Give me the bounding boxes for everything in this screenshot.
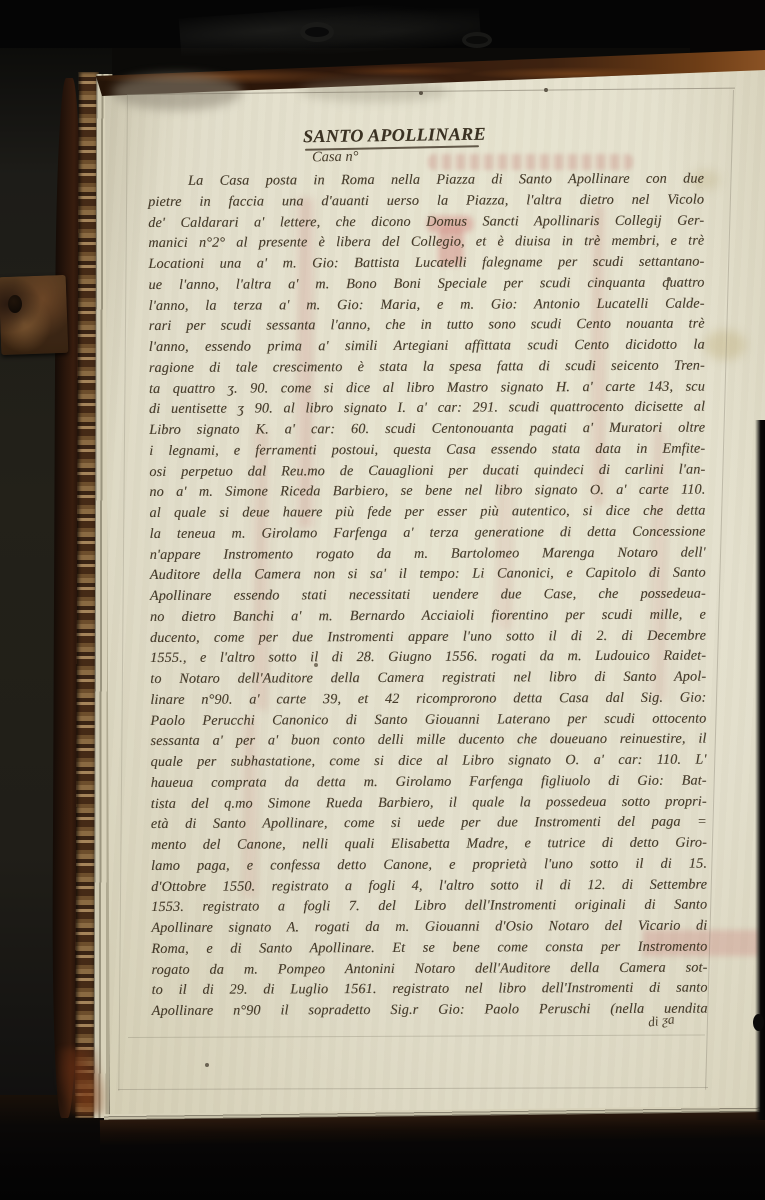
text-line: ue l'anno, l'altra a' m. Bono Boni Speci… <box>148 272 704 295</box>
text-line: Auditore della Camera non si sa' il temp… <box>150 563 706 586</box>
text-line: osi perpetuo dal Reu.mo de Cauaglioni pe… <box>149 459 705 482</box>
text-line: Locationi una a' m. Gio: Battista Lucate… <box>148 252 704 275</box>
text-line: Apollinare n°90 il sopradetto Sig.r Gio:… <box>152 999 708 1022</box>
rust-stain <box>58 1048 106 1114</box>
text-line: la teneua m. Girolamo Farfenga a' terza … <box>150 521 706 544</box>
text-line: l'anno, la terza a' m. Gio: Maria, e m. … <box>149 293 705 316</box>
text-line: ducento, come per due Instromenti appare… <box>150 625 706 648</box>
scanner-knob-icon <box>300 22 334 42</box>
text-line: al quale si deue hauere più fede per ess… <box>149 501 705 524</box>
text-line: Libro signato K. a' car: 60. scudi Cento… <box>149 418 705 441</box>
page-subtitle: Casa n° <box>312 149 359 167</box>
text-line: 1555., e l'altro sotto il di 28. Giugno … <box>150 646 706 669</box>
clasp-stud <box>8 295 22 313</box>
text-line: n'appare Instromento rogato da m. Bartol… <box>150 542 706 565</box>
manuscript-text: La Casa posta in Roma nella Piazza di Sa… <box>148 169 708 1022</box>
text-line: de' Caldarari a' lettere, che dicono Dom… <box>148 210 704 233</box>
edge-dark-spot <box>753 1014 764 1031</box>
bleed-through-marks <box>428 154 633 170</box>
text-line: rogato da m. Pompeo Antonini Notaro dell… <box>151 957 707 980</box>
text-line: pietre in faccia una d'auanti uerso la P… <box>148 189 704 212</box>
text-line: to Notaro dell'Auditore della Camera reg… <box>150 667 706 690</box>
text-line: manici n°2° al presente è libera del Col… <box>148 231 704 254</box>
text-line: La Casa posta in Roma nella Piazza di Sa… <box>148 169 704 192</box>
text-line: l'anno, essendo prima a' simili Artegian… <box>149 335 705 358</box>
catchword-flourish: di ƺa <box>647 1011 675 1030</box>
text-line: Apollinare signato A. rogati da m. Gioua… <box>151 916 707 939</box>
text-line: quale per subhastatione, come si dice al… <box>151 750 707 773</box>
text-line: di uentisette ʒ 90. al libro signato I. … <box>149 397 705 420</box>
text-line: rari per scudi sessanta l'anno, che in t… <box>149 314 705 337</box>
text-line: lamo paga, e confessa detto Canone, e pr… <box>151 853 707 876</box>
text-line: ragione di tale crescimento è stata la s… <box>149 355 705 378</box>
text-line: Paolo Perucchi Canonico di Santo Giouann… <box>150 708 706 731</box>
text-line: i legnami, e ferramenti postoui, questa … <box>149 438 705 461</box>
text-line: 1553. registrato a fogli 7. del Libro de… <box>151 895 707 918</box>
text-line: linare n°90. a' carte 39, et 42 ricompro… <box>150 687 706 710</box>
scanner-knob-icon <box>462 32 492 48</box>
leather-clasp-strap <box>0 275 68 355</box>
text-line: no dietro Banchi a' m. Bernardo Acciaiol… <box>150 604 706 627</box>
text-line: tista del q.mo Simone Rueda Barbiero, il… <box>151 791 707 814</box>
text-line: d'Ottobre 1550. registrato a fogli 4, l'… <box>151 874 707 897</box>
text-line: ta quattro ʒ. 90. come si dice al libro … <box>149 376 705 399</box>
text-line: mento del Canone, nelli quali Elisabetta… <box>151 833 707 856</box>
text-line: sessanta a' per a' buon conto delli mill… <box>150 729 706 752</box>
text-line: Apollinare essendo stati necessitati uen… <box>150 584 706 607</box>
text-line: to il di 29. di Luglio 1561. registrato … <box>152 978 708 1001</box>
text-line: haueua comprata da detta m. Girolamo Far… <box>151 770 707 793</box>
manuscript-photo: SANTO APOLLINARE Casa n° La Casa posta i… <box>0 0 765 1200</box>
ink-specks <box>0 0 2 2</box>
text-line: età di Santo Apollinare, come si uede pe… <box>151 812 707 835</box>
text-line: no a' m. Simone Riceda Barbiero, se bene… <box>149 480 705 503</box>
page-title: SANTO APOLLINARE <box>303 124 483 148</box>
text-line: Roma, e di Santo Apollinare. Et se bene … <box>151 936 707 959</box>
